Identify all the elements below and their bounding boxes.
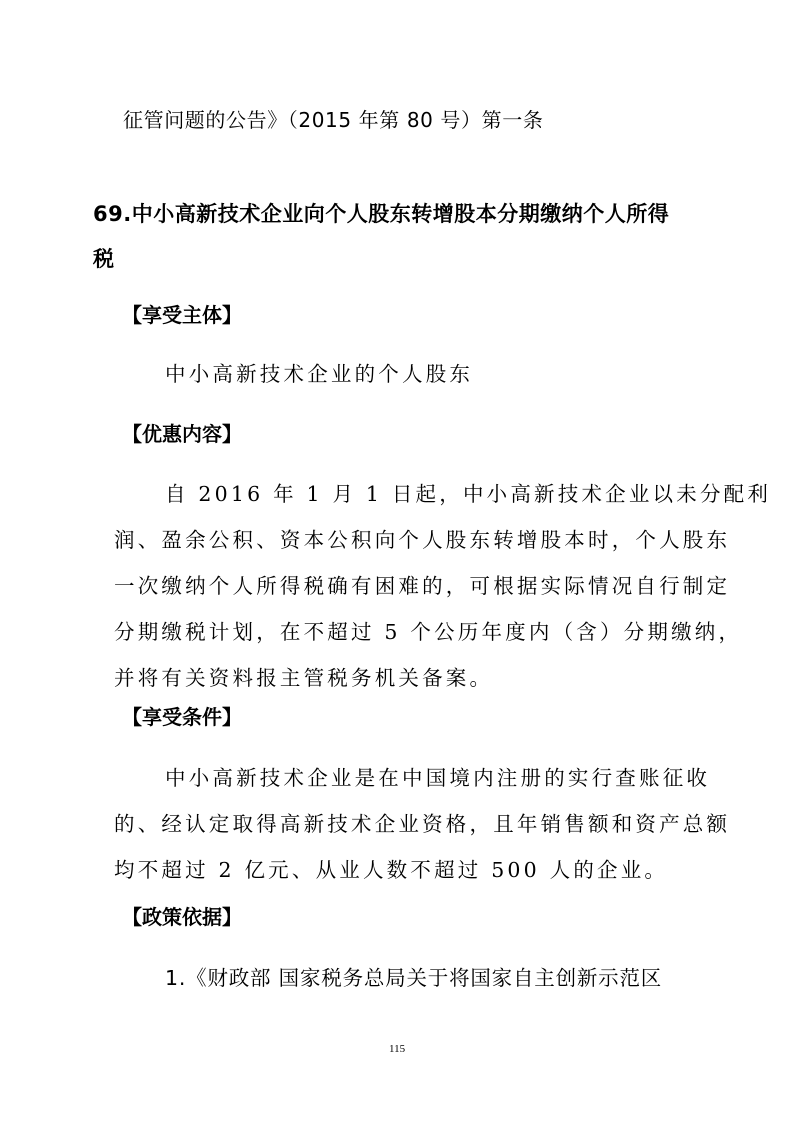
section-body-line: 的、经认定取得高新技术企业资格，且年销售额和资产总额 bbox=[114, 807, 730, 837]
section-heading-conditions: 【享受条件】 bbox=[122, 701, 242, 730]
item-title: 中小高新技术企业向个人股东转增股本分期缴纳个人所得 bbox=[132, 202, 670, 226]
page-number: 115 bbox=[389, 1043, 405, 1055]
policy-reference-line: 1.《财政部 国家税务总局关于将国家自主创新示范区 bbox=[165, 961, 662, 991]
continuation-line: 征管问题的公告》（2015 年第 80 号）第一条 bbox=[123, 104, 543, 133]
item-title-line-2: 税 bbox=[93, 243, 115, 273]
section-heading-content: 【优惠内容】 bbox=[122, 418, 242, 447]
section-heading-beneficiary: 【享受主体】 bbox=[122, 299, 242, 328]
section-body-line: 中小高新技术企业的个人股东 bbox=[165, 357, 473, 387]
section-body-line: 分期缴税计划，在不超过 5 个公历年度内（含）分期缴纳， bbox=[114, 615, 742, 645]
section-body-line: 润、盈余公积、资本公积向个人股东转增股本时，个人股东 bbox=[114, 523, 730, 553]
section-body-line: 一次缴纳个人所得税确有困难的，可根据实际情况自行制定 bbox=[114, 569, 730, 599]
item-title-line-1: 69.中小高新技术企业向个人股东转增股本分期缴纳个人所得 bbox=[93, 198, 669, 228]
section-body-line: 并将有关资料报主管税务机关备案。 bbox=[114, 661, 493, 691]
section-body-line: 中小高新技术企业是在中国境内注册的实行查账征收 bbox=[165, 761, 710, 791]
section-body-line: 均不超过 2 亿元、从业人数不超过 500 人的企业。 bbox=[114, 853, 668, 883]
section-body-line: 自 2016 年 1 月 1 日起，中小高新技术企业以未分配利 bbox=[165, 477, 771, 507]
section-heading-policy-basis: 【政策依据】 bbox=[122, 901, 242, 930]
item-number: 69. bbox=[93, 202, 132, 226]
